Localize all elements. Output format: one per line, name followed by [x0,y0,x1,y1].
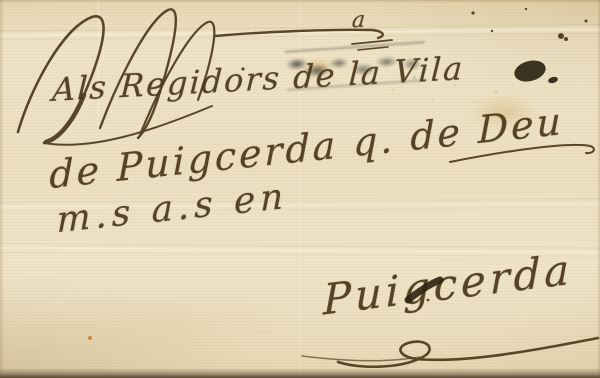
handwriting-superscript: a [351,7,366,33]
paper-edge [0,0,4,378]
paper-edge [0,368,600,378]
paper-stain [40,288,300,360]
paper-edge [0,0,600,3]
letter-scan: a Als Regidors de la Vila de Puigcerda q… [0,0,600,378]
address-line-2: de Puigcerda q. de Deu [49,99,563,197]
paper-crease [95,0,102,130]
fox-spot [88,336,92,340]
destination-town: Puigcerda [323,244,573,324]
